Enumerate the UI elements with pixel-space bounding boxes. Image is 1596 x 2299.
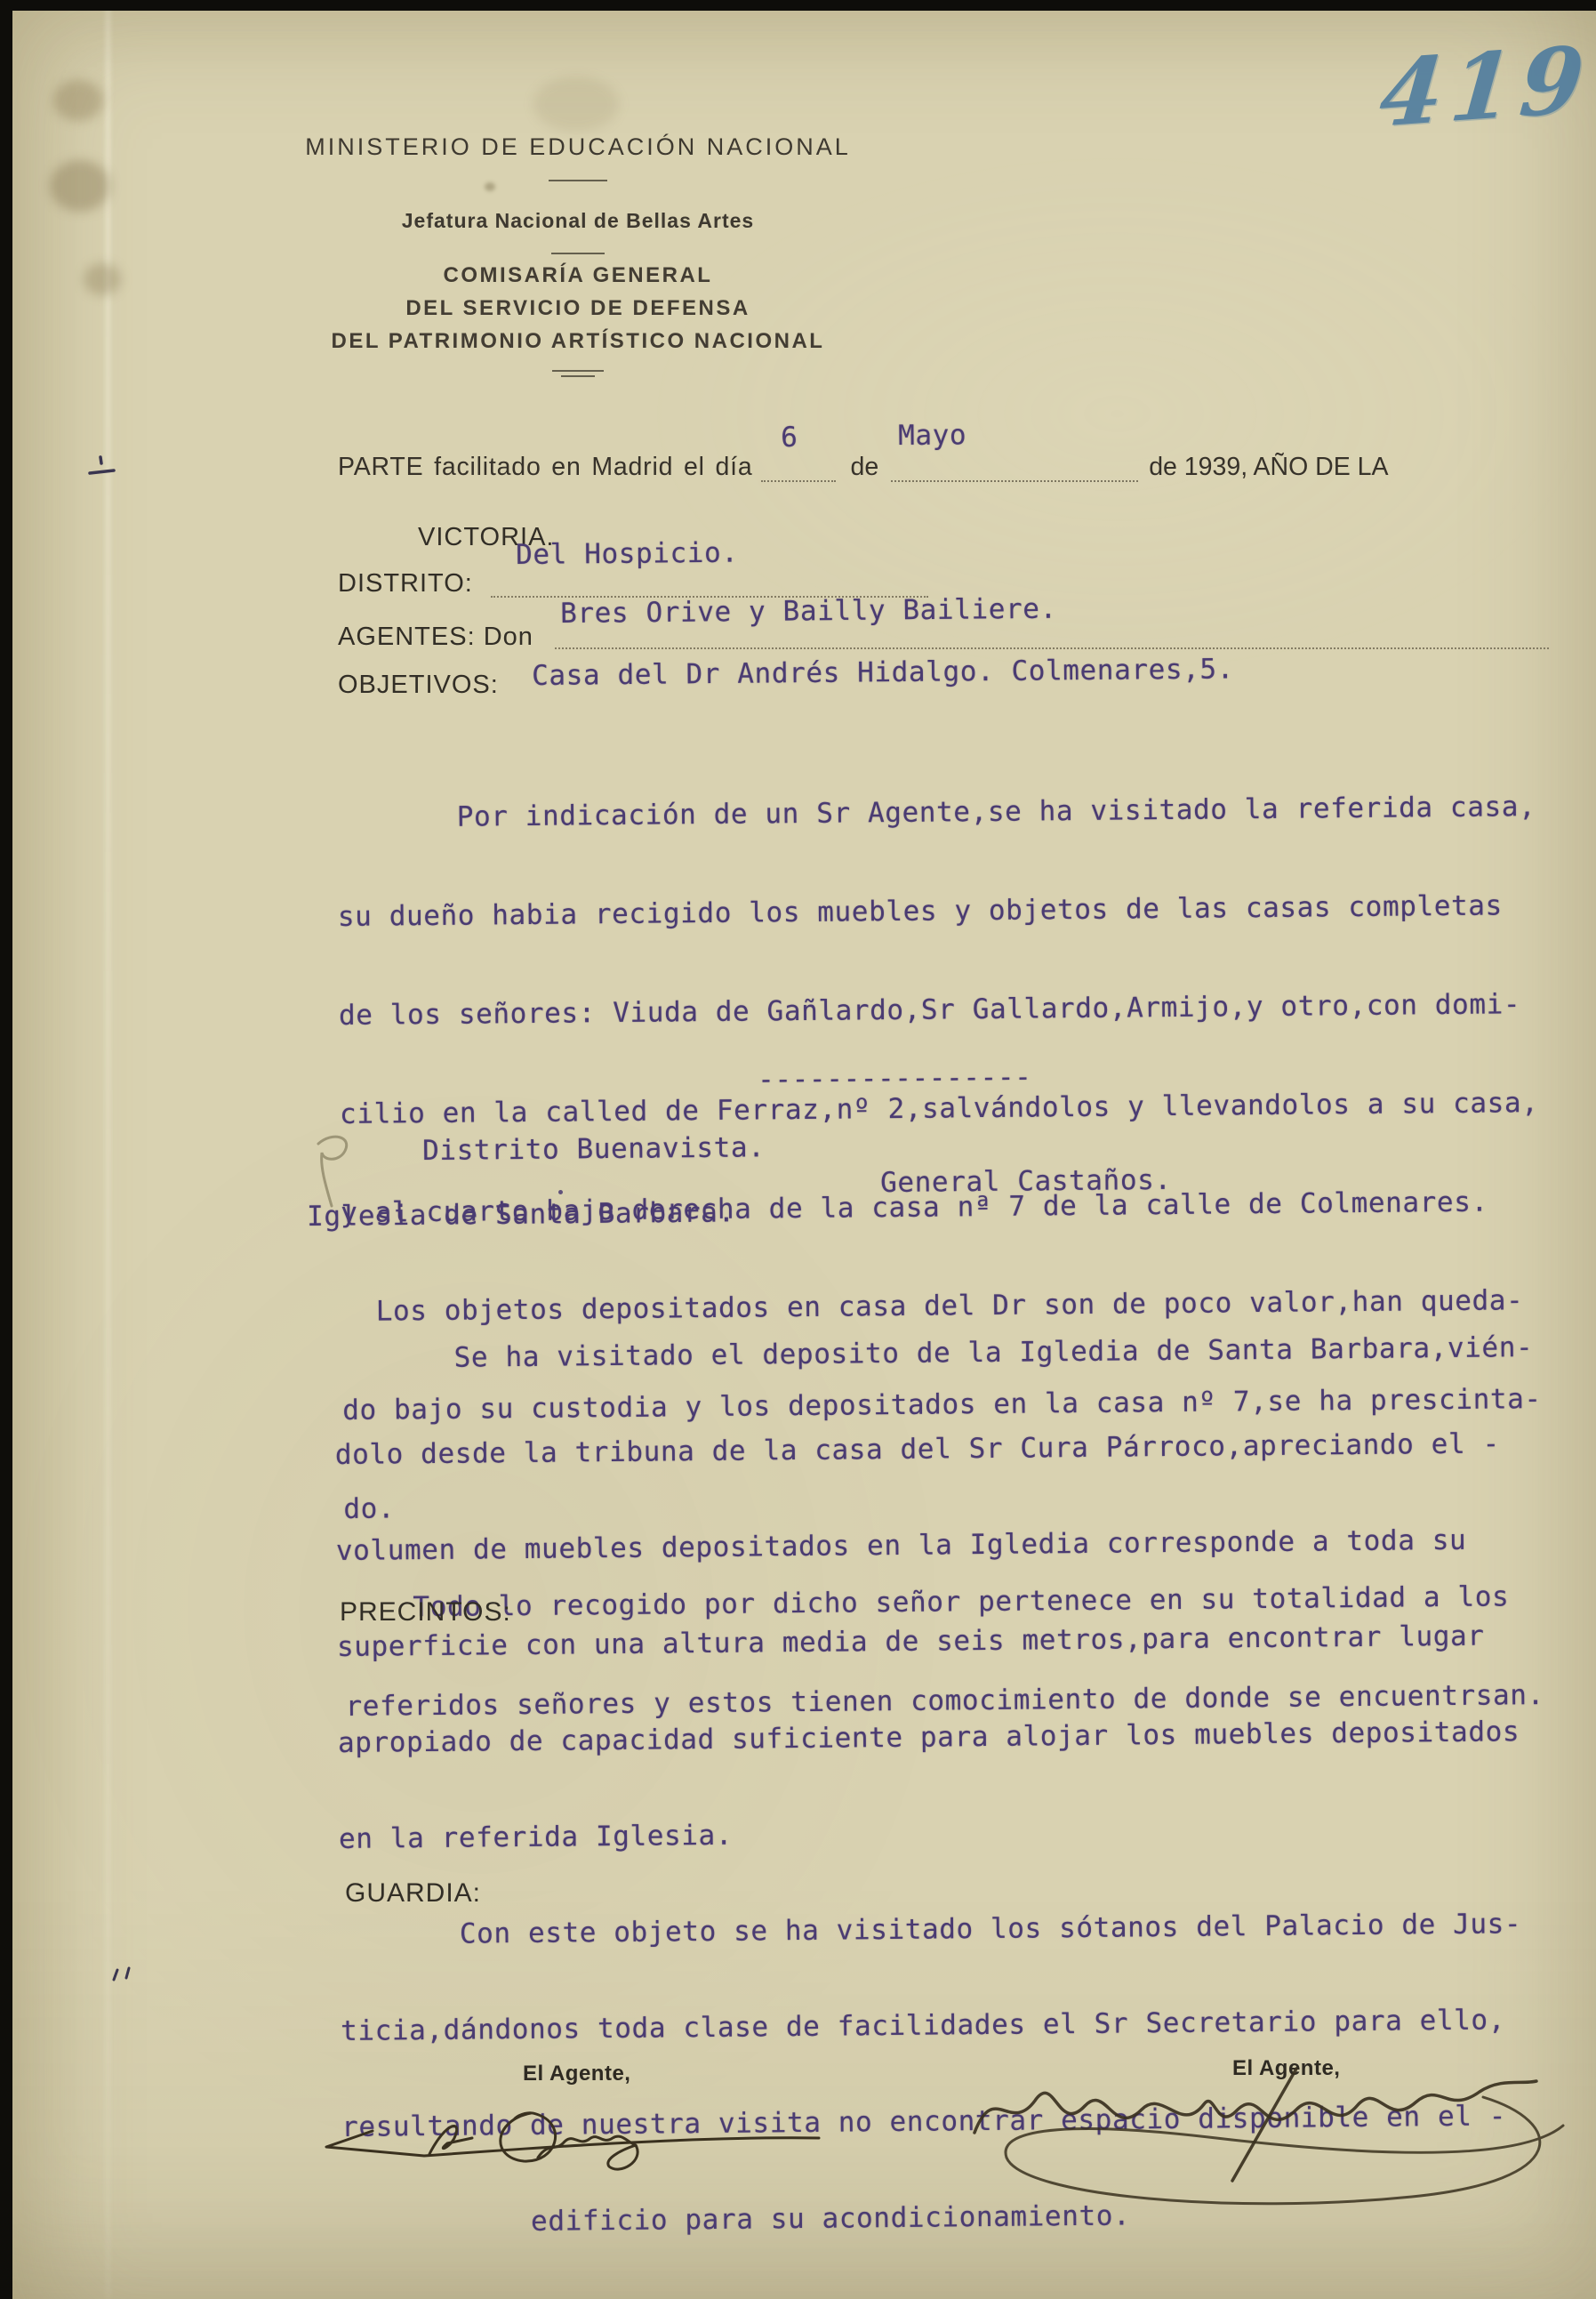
agentes-value-typed: Bres Orive y Bailly Bailiere. — [560, 593, 1057, 631]
letterhead-rule — [552, 370, 604, 372]
typed-line: volumen de muebles depositados en la Igl… — [336, 1523, 1536, 1567]
typed-line: su dueño habia recigido los muebles y ob… — [338, 889, 1537, 934]
folio-number-handwritten: 419 — [1375, 26, 1595, 149]
scan-edge-left — [0, 0, 12, 2299]
objetivos-label: OBJETIVOS: — [338, 671, 499, 700]
guardia-label: GUARDIA: — [345, 1878, 481, 1909]
document-scan-page: 419 MINISTERIO DE EDUCACIÓN NACIONAL Jef… — [0, 0, 1596, 2299]
section2-distrito-typed: Distrito Buenavista. — [422, 1131, 766, 1168]
parte-prefix-label: PARTE facilitado en Madrid el día — [338, 453, 752, 482]
letterhead-rule — [549, 180, 607, 181]
typed-line: Por indicación de un Sr Agente,se ha vis… — [337, 791, 1536, 835]
parte-suffix-label: de 1939, AÑO DE LA — [1149, 453, 1388, 482]
day-field: 6 — [761, 450, 836, 482]
letterhead-ministry: MINISTERIO DE EDUCACIÓN NACIONAL — [267, 133, 889, 161]
typed-line: superficie con una altura media de seis … — [337, 1620, 1536, 1663]
letterhead-rule — [561, 375, 595, 377]
month-field: Mayo — [891, 450, 1138, 482]
paper-stain — [84, 263, 121, 295]
paper-stain — [50, 160, 110, 212]
pencil-mark — [311, 1129, 357, 1211]
letterhead-rule — [551, 253, 605, 254]
section2-iglesia-typed: Iglesia de Santa Barbara. — [307, 1196, 735, 1234]
letterhead-comisaria-3: DEL PATRIMONIO ARTÍSTICO NACIONAL — [267, 325, 889, 358]
typed-line: Se ha visitado el deposito de la Igledia… — [334, 1331, 1534, 1375]
margin-mark — [85, 452, 121, 482]
paper-stain — [53, 80, 103, 121]
typed-line: dolo desde la tribuna de la casa del Sr … — [335, 1427, 1535, 1471]
letterhead-jefatura: Jefatura Nacional de Bellas Artes — [267, 209, 889, 233]
agentes-label: AGENTES: Don — [338, 623, 533, 652]
typed-divider: ---------------- — [758, 1061, 1032, 1097]
left-agent-label: El Agente, — [523, 2062, 630, 2086]
letterhead-comisaria-2: DEL SERVICIO DE DEFENSA — [267, 292, 889, 325]
month-value-typed: Mayo — [898, 419, 966, 453]
typed-line: en la referida Iglesia. — [339, 1812, 1538, 1855]
day-value-typed: 6 — [781, 422, 798, 454]
precintos-label: PRECINTOS: — [340, 1597, 511, 1628]
scan-edge-top — [0, 0, 1596, 11]
section2-general-typed: General Castaños. — [880, 1164, 1172, 1200]
typed-line: apropiado de capacidad suficiente para a… — [338, 1716, 1537, 1759]
margin-mark — [108, 1962, 135, 1985]
parte-row: PARTE facilitado en Madrid el día 6 de M… — [338, 450, 1529, 482]
stray-typed-dot — [558, 1190, 563, 1194]
letterhead-comisaria-1: COMISARÍA GENERAL — [267, 259, 889, 292]
orive-signature — [316, 2088, 831, 2204]
typed-line: Con este objeto se ha visitado los sótan… — [340, 1908, 1539, 1951]
agentes-dotted-line — [555, 647, 1549, 649]
paper-fold-line — [105, 0, 111, 2299]
paper-stain — [533, 76, 619, 132]
typed-line: de los señores: Viuda de Gañlardo,Sr Gal… — [339, 988, 1538, 1033]
typed-line: ticia,dándonos toda clase de facilidades… — [341, 2004, 1540, 2047]
objetivos-value-typed: Casa del Dr Andrés Hidalgo. Colmenares,5… — [532, 653, 1234, 693]
distrito-value-typed: Del Hospicio. — [516, 537, 739, 572]
distrito-label: DISTRITO: — [338, 569, 473, 599]
letterhead: MINISTERIO DE EDUCACIÓN NACIONAL Jefatur… — [267, 133, 889, 377]
bailly-bailliere-signature — [950, 2046, 1572, 2250]
de-label: de — [850, 453, 878, 482]
